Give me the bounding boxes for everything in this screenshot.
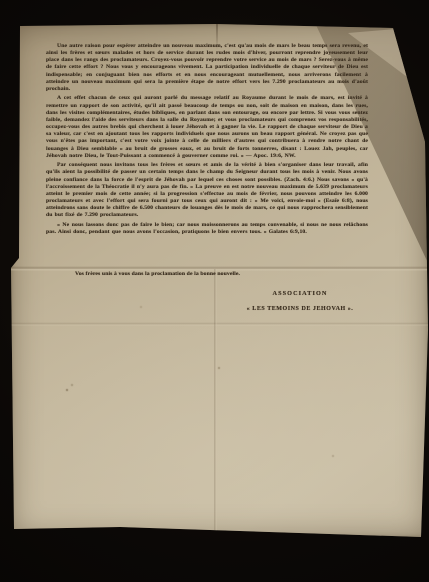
letter-paragraph-2: A cet effet chacun de ceux qui auront pa… bbox=[46, 95, 368, 159]
letter-paragraph-4: « Ne nous lassons donc pas de faire le b… bbox=[46, 222, 368, 236]
letter-paragraph-3: Par conséquent nous invitons tous les fr… bbox=[46, 162, 368, 219]
photo-background: Une autre raison pour espérer atteindre … bbox=[0, 0, 429, 582]
letter-paragraph-1: Une autre raison pour espérer atteindre … bbox=[46, 43, 368, 93]
signature-block: ASSOCIATION « LES TEMOINS DE JEHOVAH ». bbox=[243, 290, 357, 312]
horizontal-fold-crease-lower bbox=[11, 322, 428, 326]
vertical-fold-crease bbox=[214, 269, 217, 532]
closing-line: Vos frères unis à vous dans la proclamat… bbox=[75, 271, 375, 277]
letter-paper: Une autre raison pour espérer atteindre … bbox=[0, 0, 429, 582]
signature-association: ASSOCIATION bbox=[243, 290, 357, 297]
signature-name: « LES TEMOINS DE JEHOVAH ». bbox=[243, 306, 357, 312]
letter-body: Une autre raison pour espérer atteindre … bbox=[46, 43, 368, 239]
paper-specks bbox=[0, 0, 2, 2]
